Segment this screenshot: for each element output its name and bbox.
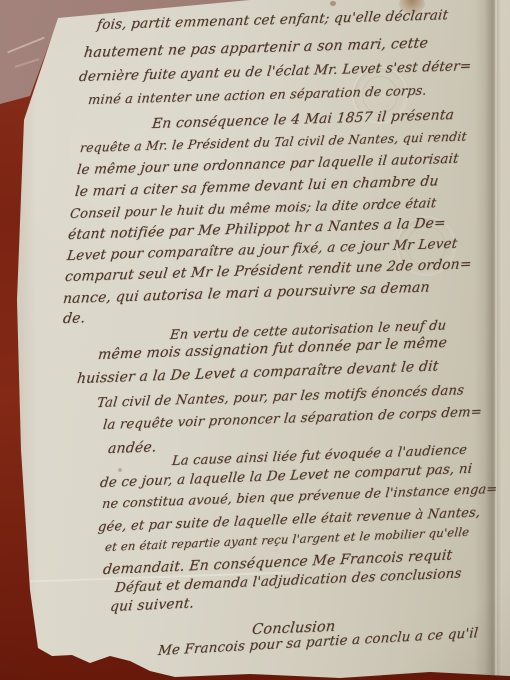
manuscript-line-28: qui suivent.: [109, 597, 194, 614]
manuscript-line-13: nance, qui autorisa le mari a poursuivre…: [62, 280, 430, 306]
manuscript-line-1: fois, partit emmenant cet enfant; qu'ell…: [96, 9, 449, 32]
manuscript-line-3: dernière fuite ayant eu de l'éclat Mr. L…: [78, 60, 472, 85]
manuscript-text: fois, partit emmenant cet enfant; qu'ell…: [0, 0, 510, 680]
manuscript-page: fois, partit emmenant cet enfant; qu'ell…: [0, 0, 510, 680]
photo: fois, partit emmenant cet enfant; qu'ell…: [0, 0, 510, 680]
manuscript-line-2: hautement ne pas appartenir a son mari, …: [83, 36, 429, 60]
manuscript-line-19: la requête voir prononcer la séparation …: [102, 406, 482, 432]
manuscript-line-5: En conséquence le 4 Mai 1857 il présenta: [151, 109, 454, 132]
manuscript-line-6: requête a Mr. le Président du Tal civil …: [79, 131, 467, 155]
manuscript-line-4: miné a intenter une action en séparation…: [87, 86, 427, 108]
manuscript-line-17: huissier a la De Levet a comparaître dev…: [76, 359, 439, 386]
manuscript-line-16: même mois assignation fut donnée par le …: [97, 336, 447, 362]
manuscript-line-8: le mari a citer sa femme devant lui en c…: [74, 175, 439, 200]
manuscript-line-14: de.: [62, 311, 86, 326]
manuscript-line-20: andée.: [107, 440, 157, 456]
